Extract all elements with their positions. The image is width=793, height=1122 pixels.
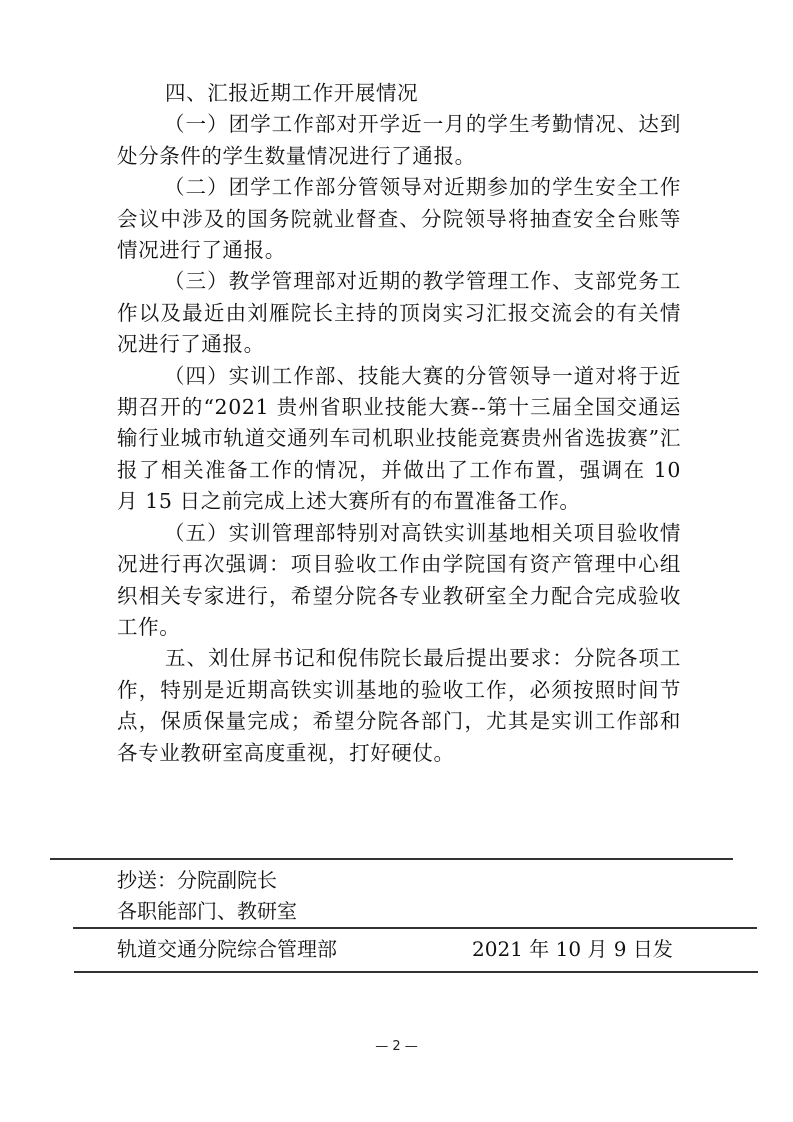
paragraph-item-2: （二）团学工作部分管领导对近期参加的学生安全工作会议中涉及的国务院就业督查、分院… (117, 172, 681, 266)
footer-divider-top (50, 858, 733, 860)
document-page: 四、汇报近期工作开展情况 （一）团学工作部对开学近一月的学生考勤情况、达到处分条… (0, 0, 793, 1122)
page-number: — 2 — (0, 1039, 793, 1054)
issuer-name: 轨道交通分院综合管理部 (117, 935, 337, 963)
footer-divider-middle (73, 927, 757, 929)
cc-recipients-line-1: 抄送：分院副院长 (117, 866, 277, 894)
footer-divider-bottom (74, 971, 758, 973)
issue-date: 2021 年 10 月 9 日发 (472, 935, 673, 963)
document-body: 四、汇报近期工作开展情况 （一）团学工作部对开学近一月的学生考勤情况、达到处分条… (117, 78, 681, 769)
cc-recipients-line-2: 各职能部门、教研室 (117, 897, 297, 925)
paragraph-item-4: （四）实训工作部、技能大赛的分管领导一道对将于近期召开的“2021 贵州省职业技… (117, 361, 681, 518)
paragraph-item-3: （三）教学管理部对近期的教学管理工作、支部党务工作以及最近由刘雁院长主持的顶岗实… (117, 266, 681, 360)
section-heading-4: 四、汇报近期工作开展情况 (117, 78, 681, 109)
section-heading-5: 五、刘仕屏书记和倪伟院长最后提出要求：分院各项工作，特别是近期高铁实训基地的验收… (117, 643, 681, 769)
paragraph-item-1: （一）团学工作部对开学近一月的学生考勤情况、达到处分条件的学生数量情况进行了通报… (117, 109, 681, 172)
paragraph-item-5: （五）实训管理部特别对高铁实训基地相关项目验收情况进行再次强调：项目验收工作由学… (117, 518, 681, 644)
